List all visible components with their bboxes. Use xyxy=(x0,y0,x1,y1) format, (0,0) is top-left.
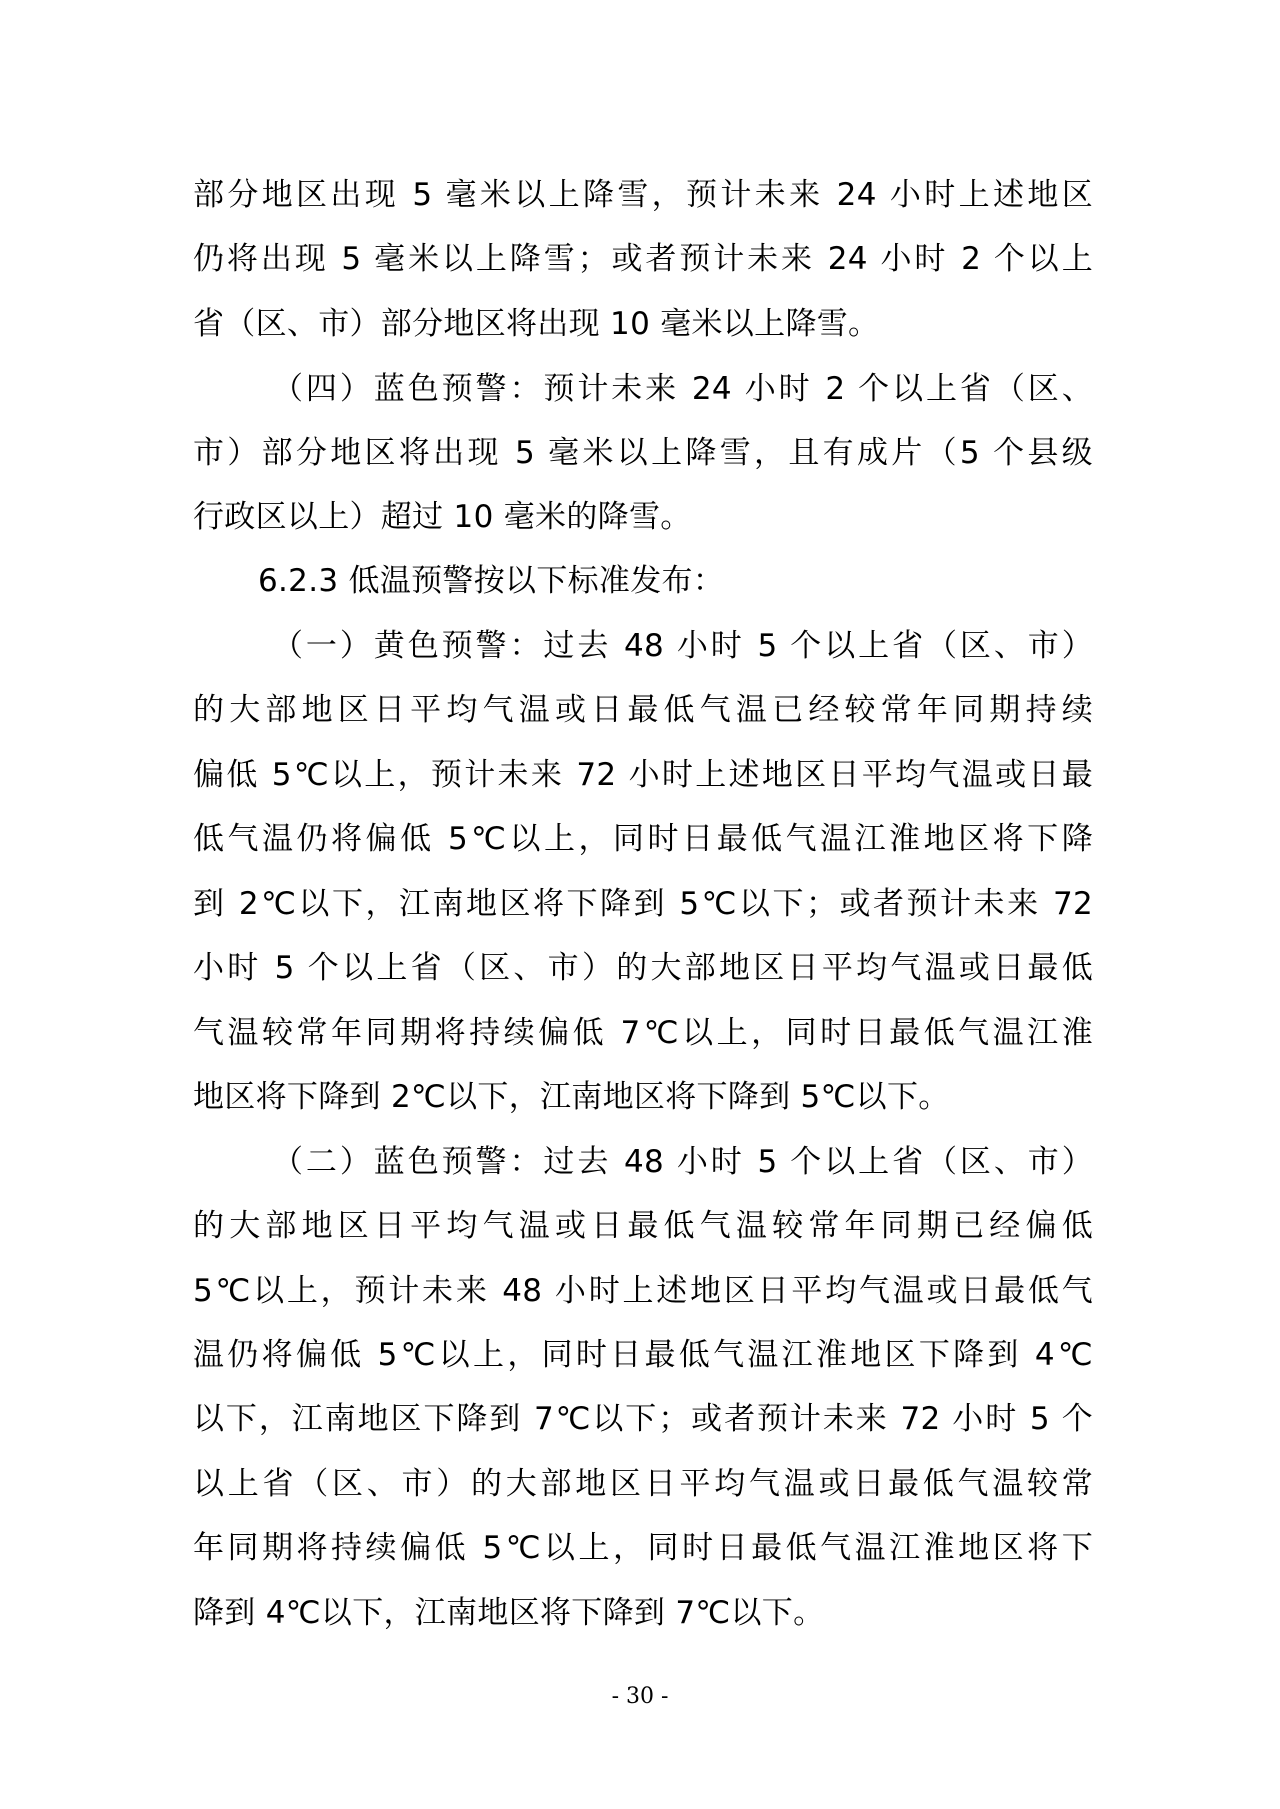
body-text-line: 小时 5 个以上省（区、市）的大部地区日平均气温或日最低 xyxy=(193,936,1093,1000)
body-text-line: 以上省（区、市）的大部地区日平均气温或日最低气温较常 xyxy=(193,1452,1093,1516)
body-text-line: 行政区以上）超过 10 毫米的降雪。 xyxy=(193,485,1093,549)
body-text-line: 年同期将持续偏低 5℃以上，同时日最低气温江淮地区将下 xyxy=(193,1516,1093,1580)
document-page: 部分地区出现 5 毫米以上降雪，预计未来 24 小时上述地区 仍将出现 5 毫米… xyxy=(0,0,1280,1809)
page-number: - 30 - xyxy=(0,1682,1280,1712)
body-text-line: 气温较常年同期将持续偏低 7℃以上，同时日最低气温江淮 xyxy=(193,1001,1093,1065)
body-text-line: 降到 4℃以下，江南地区将下降到 7℃以下。 xyxy=(193,1581,1093,1645)
body-text-line: 地区将下降到 2℃以下，江南地区将下降到 5℃以下。 xyxy=(193,1065,1093,1129)
body-text-line: 的大部地区日平均气温或日最低气温较常年同期已经偏低 xyxy=(193,1194,1093,1258)
body-text-line: 仍将出现 5 毫米以上降雪；或者预计未来 24 小时 2 个以上 xyxy=(193,227,1093,291)
body-text-line: 市）部分地区将出现 5 毫米以上降雪，且有成片（5 个县级 xyxy=(193,421,1093,485)
body-text-line: 部分地区出现 5 毫米以上降雪，预计未来 24 小时上述地区 xyxy=(193,163,1093,227)
body-text-line: 到 2℃以下，江南地区将下降到 5℃以下；或者预计未来 72 xyxy=(193,872,1093,936)
body-text-line: 以下，江南地区下降到 7℃以下；或者预计未来 72 小时 5 个 xyxy=(193,1387,1093,1451)
body-text-line: 的大部地区日平均气温或日最低气温已经较常年同期持续 xyxy=(193,678,1093,742)
body-text-line: 温仍将偏低 5℃以上，同时日最低气温江淮地区下降到 4℃ xyxy=(193,1323,1093,1387)
blue-warning-snow-paragraph-start: （四）蓝色预警：预计未来 24 小时 2 个以上省（区、 xyxy=(272,357,1093,421)
body-text-line: 省（区、市）部分地区将出现 10 毫米以上降雪。 xyxy=(193,292,1093,356)
section-heading-6-2-3: 6.2.3 低温预警按以下标准发布： xyxy=(258,549,758,613)
body-text-line: 低气温仍将偏低 5℃以上，同时日最低气温江淮地区将下降 xyxy=(193,807,1093,871)
body-text-line: 偏低 5℃以上，预计未来 72 小时上述地区日平均气温或日最 xyxy=(193,743,1093,807)
body-text-line: 5℃以上，预计未来 48 小时上述地区日平均气温或日最低气 xyxy=(193,1259,1093,1323)
yellow-warning-paragraph-start: （一）黄色预警：过去 48 小时 5 个以上省（区、市） xyxy=(272,614,1093,678)
blue-warning-cold-paragraph-start: （二）蓝色预警：过去 48 小时 5 个以上省（区、市） xyxy=(272,1130,1093,1194)
